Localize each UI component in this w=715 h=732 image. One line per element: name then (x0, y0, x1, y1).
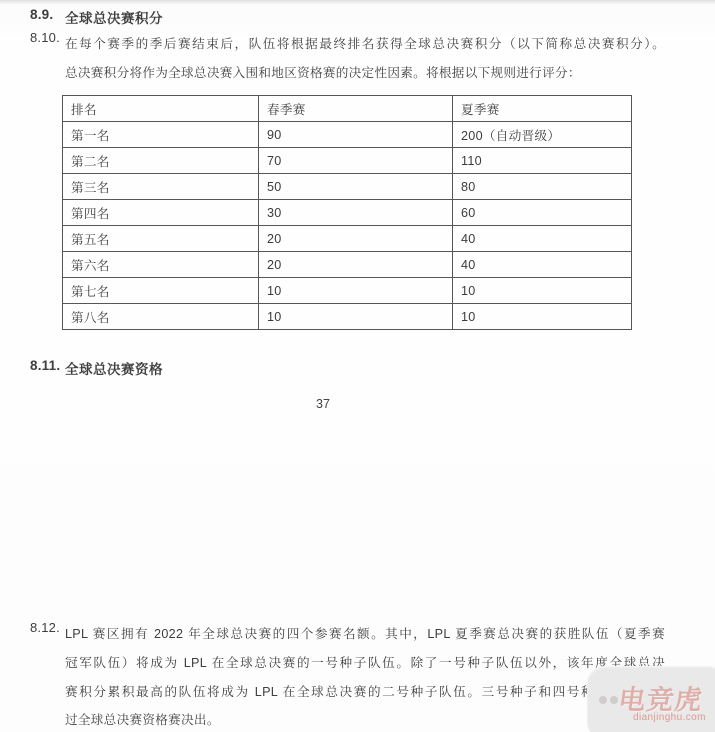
summer-points-cell: 40 (453, 252, 632, 278)
worlds-points-table: 排名 春季赛 夏季赛 第一名 90 200（自动晋级） 第二名 70 110 第… (62, 95, 632, 330)
section-8-10-paragraph: 8.10. 在每个赛季的季后赛结束后，队伍将根据最终排名获得全球总决赛积分（以下… (30, 30, 665, 88)
watermark-url: dianjinghu.com (633, 712, 706, 723)
page-number: 37 (0, 397, 646, 411)
section-number: 8.9. (30, 7, 65, 27)
watermark-badge: 电竞虎 dianjinghu.com (587, 666, 715, 732)
paragraph-line: LPL 赛区拥有 2022 年全球总决赛的四个参赛名额。其中，LPL 夏季赛总决… (65, 620, 665, 649)
document-page: 8.9. 全球总决赛积分 8.10. 在每个赛季的季后赛结束后，队伍将根据最终排… (0, 0, 715, 732)
section-number: 8.11. (30, 358, 65, 378)
spring-points-cell: 30 (259, 200, 453, 226)
spring-points-cell: 20 (259, 252, 453, 278)
dot-icon (599, 696, 607, 704)
summer-points-cell: 200（自动晋级） (453, 122, 632, 148)
table-row: 第六名 20 40 (63, 252, 632, 278)
rank-cell: 第一名 (63, 122, 259, 148)
paragraph-line: 赛积分累积最高的队伍将成为 LPL 在全球总决赛的二号种子队伍。三号种子和四号种… (65, 678, 665, 707)
section-number: 8.10. (30, 30, 65, 88)
section-8-9-heading: 8.9. 全球总决赛积分 (30, 7, 163, 27)
section-title: 全球总决赛资格 (65, 358, 163, 378)
spring-points-cell: 90 (259, 122, 453, 148)
table-row: 第一名 90 200（自动晋级） (63, 122, 632, 148)
paragraph-text: 在每个赛季的季后赛结束后，队伍将根据最终排名获得全球总决赛积分（以下简称总决赛积… (65, 30, 665, 88)
table-row: 第二名 70 110 (63, 148, 632, 174)
rank-header: 排名 (63, 96, 259, 122)
rank-cell: 第二名 (63, 148, 259, 174)
paragraph-line: 冠军队伍）将成为 LPL 在全球总决赛的一号种子队伍。除了一号种子队伍以外，该年… (65, 649, 665, 678)
summer-points-cell: 80 (453, 174, 632, 200)
summer-points-cell: 10 (453, 278, 632, 304)
summer-points-cell: 60 (453, 200, 632, 226)
summer-points-cell: 40 (453, 226, 632, 252)
table-row: 第五名 20 40 (63, 226, 632, 252)
table-row: 第四名 30 60 (63, 200, 632, 226)
spring-split-header: 春季赛 (259, 96, 453, 122)
rank-cell: 第三名 (63, 174, 259, 200)
spring-points-cell: 50 (259, 174, 453, 200)
paragraph-line: 总决赛积分将作为全球总决赛入围和地区资格赛的决定性因素。将根据以下规则进行评分： (65, 59, 665, 88)
summer-points-cell: 110 (453, 148, 632, 174)
paragraph-line: 过全球总决赛资格赛决出。 (65, 706, 665, 732)
section-8-11-heading: 8.11. 全球总决赛资格 (30, 358, 163, 378)
spring-points-cell: 20 (259, 226, 453, 252)
table-row: 第三名 50 80 (63, 174, 632, 200)
table-row: 第八名 10 10 (63, 304, 632, 330)
summer-points-cell: 10 (453, 304, 632, 330)
section-8-12-paragraph: 8.12. LPL 赛区拥有 2022 年全球总决赛的四个参赛名额。其中，LPL… (30, 620, 665, 732)
rank-cell: 第四名 (63, 200, 259, 226)
spring-points-cell: 10 (259, 304, 453, 330)
rank-cell: 第七名 (63, 278, 259, 304)
rank-cell: 第六名 (63, 252, 259, 278)
table-header-row: 排名 春季赛 夏季赛 (63, 96, 632, 122)
paragraph-line: 在每个赛季的季后赛结束后，队伍将根据最终排名获得全球总决赛积分（以下简称总决赛积… (65, 30, 665, 59)
watermark-dots-icon (599, 696, 618, 704)
summer-split-header: 夏季赛 (453, 96, 632, 122)
spring-points-cell: 10 (259, 278, 453, 304)
rank-cell: 第八名 (63, 304, 259, 330)
section-number: 8.12. (30, 620, 65, 732)
section-title: 全球总决赛积分 (65, 7, 163, 27)
rank-cell: 第五名 (63, 226, 259, 252)
table-row: 第七名 10 10 (63, 278, 632, 304)
dot-icon (610, 696, 618, 704)
paragraph-text: LPL 赛区拥有 2022 年全球总决赛的四个参赛名额。其中，LPL 夏季赛总决… (65, 620, 665, 732)
spring-points-cell: 70 (259, 148, 453, 174)
scan-edge-artifact (0, 0, 715, 4)
